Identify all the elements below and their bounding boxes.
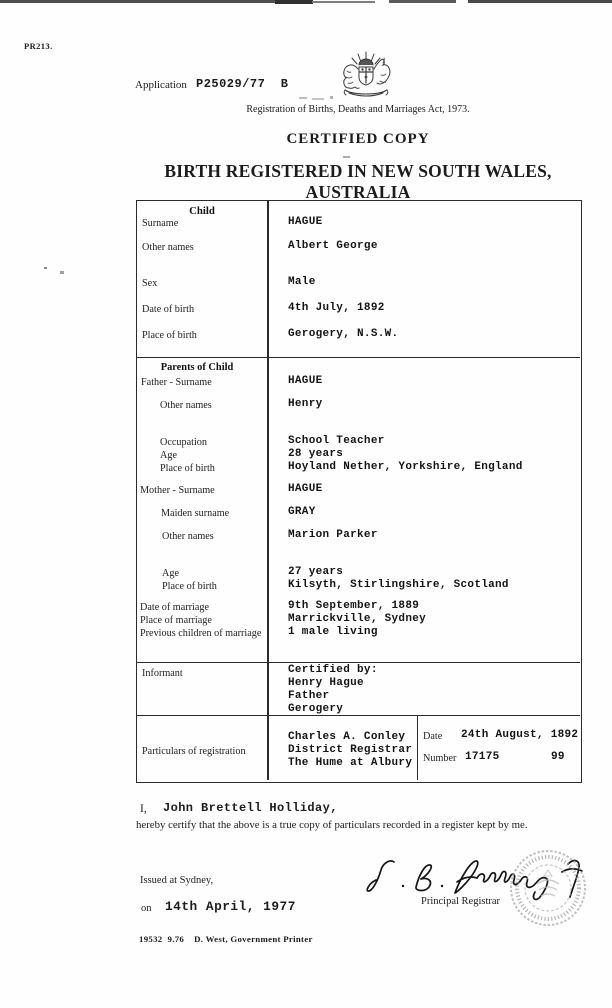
field-label: Occupation <box>160 437 207 448</box>
registration-number-suffix: 99 <box>551 751 565 763</box>
printer-imprint: 19532 9.76 D. West, Government Printer <box>139 934 313 944</box>
field-label: Age <box>160 450 177 461</box>
field-value: Kilsyth, Stirlingshire, Scotland <box>288 579 509 591</box>
issued-on-label: on <box>141 903 152 914</box>
registration-line: District Registrar <box>288 744 412 756</box>
table-row-divider <box>136 715 580 716</box>
field-value: HAGUE <box>288 483 323 495</box>
registrar-embossed-seal-icon <box>504 846 592 932</box>
field-label: Surname <box>142 218 178 229</box>
scan-speck <box>60 271 64 274</box>
registration-column-divider <box>417 716 418 780</box>
field-value: HAGUE <box>288 375 323 387</box>
scan-edge-artifact <box>389 0 456 3</box>
field-label: Other names <box>162 531 214 542</box>
scan-speck <box>330 96 333 99</box>
field-label: Date of marriage <box>140 602 209 613</box>
field-label: Mother - Surname <box>140 485 215 496</box>
scan-speck <box>44 267 47 269</box>
field-value: HAGUE <box>288 216 323 228</box>
scan-edge-artifact <box>312 1 375 3</box>
registration-number-label: Number <box>423 753 456 764</box>
table-column-divider <box>267 201 269 780</box>
scan-edge-artifact <box>468 0 612 3</box>
field-value: Marrickville, Sydney <box>288 613 426 625</box>
parents-section-header: Parents of Child <box>137 362 257 373</box>
field-value: Marion Parker <box>288 529 378 541</box>
field-value: GRAY <box>288 506 316 518</box>
field-label: Father - Surname <box>141 377 212 388</box>
registration-date-value: 24th August, 1892 <box>461 729 578 741</box>
informant-line: Certified by: <box>288 664 378 676</box>
scan-speck <box>312 98 324 100</box>
page-subtitle: BIRTH REGISTERED IN NEW SOUTH WALES, AUS… <box>130 161 586 203</box>
table-row-divider <box>136 357 580 358</box>
registration-line: The Hume at Albury <box>288 757 412 769</box>
field-label: Place of birth <box>162 581 217 592</box>
field-label: Place of marriage <box>140 615 212 626</box>
scan-speck <box>299 97 307 99</box>
informant-line: Henry Hague <box>288 677 364 689</box>
field-value: Henry <box>288 398 323 410</box>
field-value: 27 years <box>288 566 343 578</box>
application-label: Application <box>135 79 187 91</box>
field-value: Albert George <box>288 240 378 252</box>
act-title: Registration of Births, Deaths and Marri… <box>136 104 580 115</box>
field-value: 28 years <box>288 448 343 460</box>
field-value: School Teacher <box>288 435 385 447</box>
certificate-page: PR213. Application P25029/77 B Registra <box>0 0 612 1008</box>
certification-prefix: I, <box>140 803 147 815</box>
child-section-header: Child <box>137 205 267 217</box>
issue-date: 14th April, 1977 <box>165 899 296 914</box>
field-value: Gerogery, N.S.W. <box>288 328 398 340</box>
registration-label: Particulars of registration <box>142 746 246 757</box>
registration-number-value: 17175 <box>465 751 500 763</box>
field-value: Hoyland Nether, Yorkshire, England <box>288 461 523 473</box>
certification-statement: hereby certify that the above is a true … <box>136 819 528 831</box>
page-title: CERTIFIED COPY <box>136 131 580 148</box>
field-value: 9th September, 1889 <box>288 600 419 612</box>
informant-line: Gerogery <box>288 703 343 715</box>
certifying-registrar-name: John Brettell Holliday, <box>163 801 338 815</box>
form-code: PR213. <box>24 41 53 51</box>
field-label: Other names <box>160 400 212 411</box>
field-label: Place of birth <box>160 463 215 474</box>
field-label: Previous children of marriage <box>140 628 261 639</box>
registration-line: Charles A. Conley <box>288 731 405 743</box>
field-label: Maiden surname <box>161 508 229 519</box>
field-label: Other names <box>142 242 194 253</box>
registration-date-label: Date <box>423 731 442 742</box>
signatory-title: Principal Registrar <box>421 896 500 907</box>
informant-line: Father <box>288 690 329 702</box>
issued-at: Issued at Sydney, <box>140 875 213 886</box>
scan-speck <box>343 156 350 158</box>
field-label: Place of birth <box>142 330 197 341</box>
field-label: Date of birth <box>142 304 194 315</box>
field-value: 4th July, 1892 <box>288 302 385 314</box>
field-value: 1 male living <box>288 626 378 638</box>
field-label: Age <box>162 568 179 579</box>
field-value: Male <box>288 276 316 288</box>
application-number: P25029/77 B <box>196 77 288 91</box>
nsw-coat-of-arms-icon <box>337 49 395 102</box>
field-label: Sex <box>142 278 157 289</box>
scan-edge-artifact <box>0 0 312 3</box>
scan-edge-artifact <box>275 0 313 4</box>
informant-label: Informant <box>142 668 183 679</box>
